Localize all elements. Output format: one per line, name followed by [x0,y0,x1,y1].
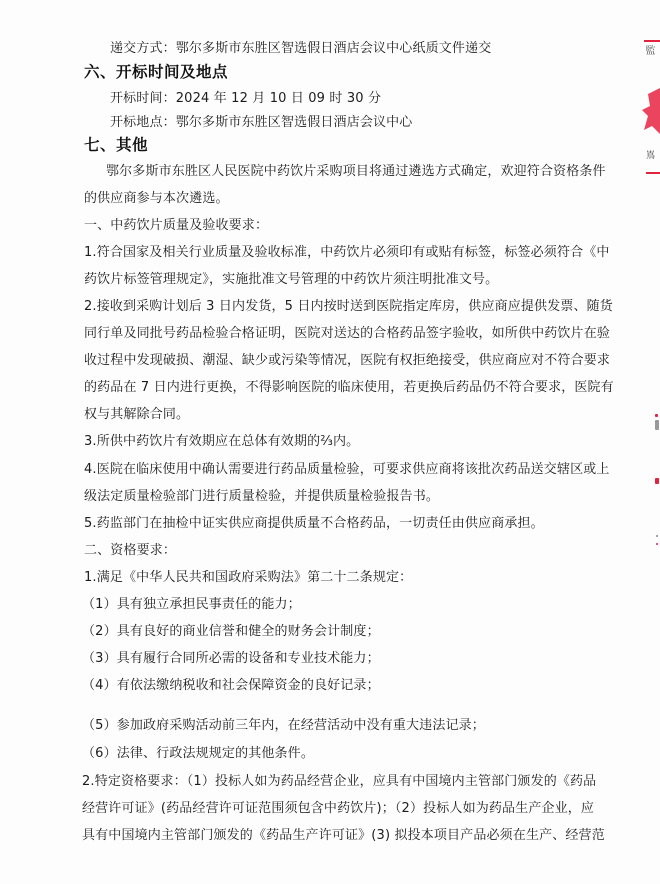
submission-method-line: 递交方式：鄂尔多斯市东胜区智选假日酒店会议中心纸质文件递交 [110,41,491,57]
opening-time-line: 开标时间：2024 年 12 月 10 日 09 时 30 分 [110,91,381,107]
seal-border-line [644,40,660,42]
quality-item-1-line-2: 药饮片标签管理规定》，实施批准文号管理的中药饮片须注明批准文号。 [84,272,498,288]
qualification-sub-item-2: （2）具有良好的商业信誉和健全的财务会计制度； [82,624,380,640]
intro-paragraph-line-2: 的供应商参与本次遴选。 [84,191,229,207]
seal-star-icon [642,88,660,134]
section-6-heading: 六、开标时间及地点 [84,64,228,80]
specific-qualification-line-1: 2.特定资格要求：（1）投标人如为药品经营企业，应具有中国境内主管部门颁发的《药… [82,774,596,790]
quality-item-2-line-2: 同行单及同批号药品检验合格证明，医院对送达的合格药品签字验收，如所供中药饮片在验 [84,326,610,342]
seal-text-bottom: 嶌 [643,150,656,159]
seal-dot [655,478,659,484]
seal-dot [655,414,658,417]
quality-requirements-heading: 一、中药饮片质量及验收要求： [84,218,268,234]
quality-item-5: 5.药监部门在抽检中证实供应商提供质量不合格药品，一切责任由供应商承担。 [84,516,544,532]
quality-item-2-line-3: 收过程中发现破损、潮湿、缺少或污染等情况，医院有权拒绝接受，供应商应对不符合要求 [84,353,610,369]
intro-paragraph-line-1: 鄂尔多斯市东胜区人民医院中药饮片采购项目将通过遴选方式确定，欢迎符合资格条件 [106,164,606,180]
section-7-heading: 七、其他 [84,137,148,153]
opening-location-line: 开标地点：鄂尔多斯市东胜区智选假日酒店会议中心 [110,115,412,131]
seal-trace [656,535,658,537]
seal-text-top: 監 [641,45,656,55]
quality-item-2-line-4: 的药品在 7 日内进行更换，不得影响医院的临床使用，若更换后药品仍不符合要求，医… [84,380,614,396]
seal-border-line-lower [646,172,660,174]
quality-item-2-line-5: 权与其解除合同。 [84,407,189,423]
specific-qualification-line-3: 具有中国境内主管部门颁发的《药品生产许可证》(3) 拟投本项目产品必须在生产、经… [82,828,605,844]
quality-item-1-line-1: 1.符合国家及相关行业质量及验收标准，中药饮片必须印有或贴有标签，标签必须符合《… [84,245,610,261]
quality-item-2-line-1: 2.接收到采购计划后 3 日内发货，5 日内按时送到医院指定库房，供应商应提供发… [84,299,613,315]
quality-item-4-line-1: 4.医院在临床使用中确认需要进行药品质量检验，可要求供应商将该批次药品送交辖区或… [84,462,610,478]
specific-qualification-line-2: 经营许可证》(药品经营许可证范围须包含中药饮片)；（2）投标人如为药品生产企业，… [82,801,594,817]
qualification-sub-item-3: （3）具有履行合同所必需的设备和专业技术能力； [82,651,380,667]
document-page: 递交方式：鄂尔多斯市东胜区智选假日酒店会议中心纸质文件递交 六、开标时间及地点 … [0,0,660,884]
quality-item-3: 3.所供中药饮片有效期应在总体有效期的⅔内。 [84,434,359,450]
quality-item-4-line-2: 级法定质量检验部门进行质量检验，并提供质量检验报告书。 [84,489,439,505]
qualification-sub-item-5: （5）参加政府采购活动前三年内，在经营活动中没有重大违法记录； [82,718,485,734]
qualification-sub-item-6: （6）法律、行政法规规定的其他条件。 [82,746,314,762]
qualification-requirements-heading: 二、资格要求： [84,543,176,559]
seal-trace [655,420,659,430]
qualification-item-1: 1.满足《中华人民共和国政府采购法》第二十二条规定： [84,570,412,586]
qualification-sub-item-4: （4）有依法缴纳税收和社会保障资金的良好记录； [82,678,380,694]
qualification-sub-item-1: （1）具有独立承担民事责任的能力； [82,597,301,613]
seal-dot [656,543,658,545]
